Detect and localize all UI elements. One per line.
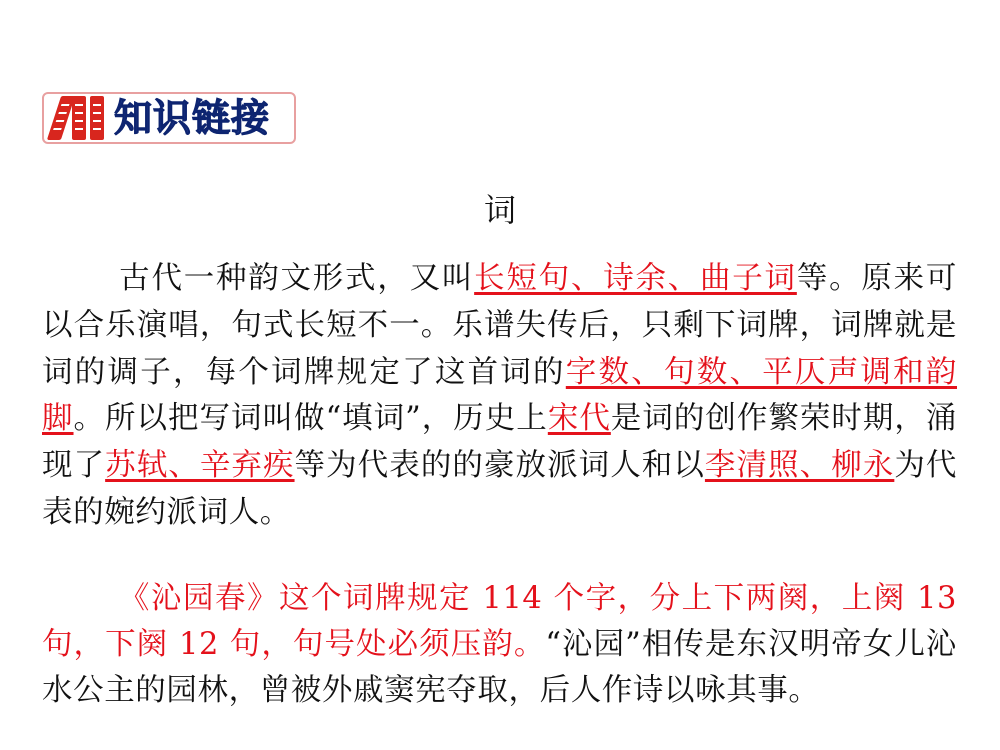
paragraph-qinyuanchun: 《沁园春》这个词牌规定 114 个字，分上下两阕，上阕 13 句，下阕 12 句… <box>42 576 957 714</box>
text-segment: 古代一种韵文形式，又叫 <box>118 261 474 296</box>
highlight-song-dynasty: 宋代 <box>548 401 611 436</box>
highlight-wanyue-poets: 李清照、柳永 <box>705 448 894 483</box>
books-icon <box>50 94 110 142</box>
paragraph-ci-definition: 古代一种韵文形式，又叫长短句、诗余、曲子词等。原来可以合乐演唱，句式长短不一。乐… <box>42 256 957 537</box>
highlight-haofang-poets: 苏轼、辛弃疾 <box>105 448 294 483</box>
knowledge-link-badge: 知识链接 <box>42 92 296 144</box>
badge-title: 知识链接 <box>114 99 270 137</box>
text-segment: 。所以把写词叫做“填词”，历史上 <box>74 401 548 436</box>
highlight-alt-names: 长短句、诗余、曲子词 <box>474 261 797 296</box>
section-heading: 词 <box>0 190 1000 230</box>
text-segment: 等为代表的的豪放派词人和以 <box>295 448 705 483</box>
